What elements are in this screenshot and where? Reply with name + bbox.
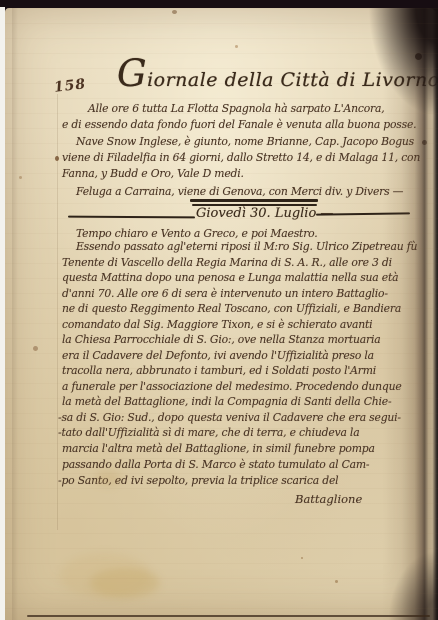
stain (172, 10, 177, 14)
manuscript-line: viene di Filadelfia in 64 giorni, dallo … (62, 151, 420, 164)
manuscript-line: comandato dal Sig. Maggiore Tixon, e si … (62, 318, 372, 331)
manuscript-line: ne di questo Reggimento Real Toscano, co… (62, 302, 401, 315)
manuscript-line: marcia l'altra metà del Battaglione, in … (62, 442, 375, 455)
manuscript-line: -sa di S. Gio: Sud., dopo questa veniva … (58, 411, 401, 424)
stain (235, 45, 238, 48)
manuscript-line: Tenente di Vascello della Regia Marina d… (62, 256, 392, 269)
manuscript-line: a funerale per l'associazione del medesi… (62, 380, 402, 393)
ink-rule-double-top (190, 199, 318, 202)
manuscript-line: Nave Snow Inglese, è giunto, nome Briann… (76, 135, 414, 148)
folio-number: 158 (53, 76, 87, 96)
stain (301, 557, 303, 559)
stain (95, 470, 121, 486)
manuscript-line: la Chiesa Parrocchiale di S. Gio:, ove n… (62, 333, 381, 346)
stain (60, 553, 150, 598)
manuscript-page: 158 Giornale della Città di Livorno Alle… (5, 8, 438, 620)
page-corner-shadow (366, 8, 438, 120)
page-corner-shadow (388, 550, 438, 620)
manuscript-line: Fanna, y Budd e Oro, Vale D medi. (62, 167, 244, 180)
manuscript-line: d'anni 70. Alle ore 6 di sera è interven… (62, 287, 388, 300)
manuscript-line: la metà del Battaglione, indi la Compagn… (62, 395, 391, 408)
closing-word: Battaglione (295, 492, 362, 506)
manuscript-line: Alle ore 6 tutta La Flotta Spagnola hà s… (88, 102, 384, 115)
left-crease (12, 8, 18, 620)
weather-line: Tempo chiaro e Vento a Greco, e poi Maes… (76, 227, 318, 240)
manuscript-line: Feluga a Carraina, viene di Genova, con … (76, 185, 403, 198)
manuscript-photo: 158 Giornale della Città di Livorno Alle… (0, 0, 438, 620)
page-bottom-edge (27, 615, 430, 617)
manuscript-line: -tato dall'Uffizialità sì di mare, che d… (58, 426, 359, 439)
manuscript-line: Essendo passato agl'eterni riposi il M:r… (76, 240, 417, 253)
date-rule-left (68, 216, 195, 219)
stain (33, 346, 38, 351)
manuscript-line: tracolla nera, abbrunato i tamburi, ed i… (62, 364, 376, 377)
stain (335, 580, 338, 583)
date-heading: Giovedì 30. Luglio — (196, 206, 333, 221)
manuscript-line: era il Cadavere del Defonto, ivi avendo … (62, 349, 374, 362)
manuscript-line: questa Mattina dopo una penosa e Lunga m… (62, 271, 398, 284)
stain (19, 176, 22, 179)
stain (55, 156, 59, 161)
manuscript-line: e di essendo data fondo fuori del Fanale… (62, 118, 416, 131)
